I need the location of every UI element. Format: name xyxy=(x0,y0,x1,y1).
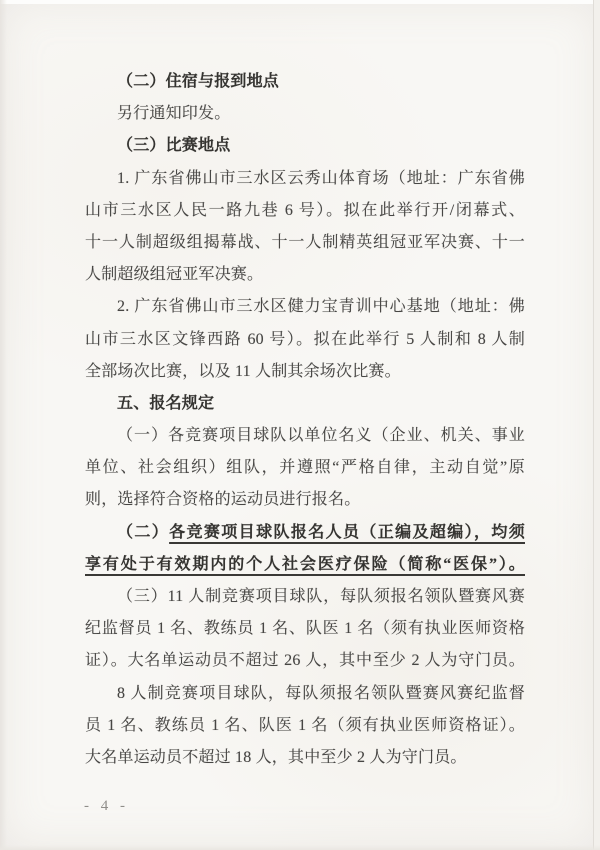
registration-rule-3-line-5: 员 1 名、教练员 1 名、队医 1 名（须有执业医师资格证）。 xyxy=(85,710,525,742)
document-text-block: （二）住宿与报到地点 另行通知印发。 （三）比赛地点 1. 广东省佛山市三水区云… xyxy=(85,66,525,774)
registration-rule-1-line-2: 单位、社会组织）组队，并遵照“严格自律，主动自觉”原 xyxy=(85,452,525,484)
registration-rule-2-line-1: （二）各竞赛项目球队报名人员（正编及超编），均须 xyxy=(85,517,525,549)
page-top-edge xyxy=(0,0,600,4)
rule-2-number: （二） xyxy=(117,524,169,541)
page-number: - 4 - xyxy=(84,794,129,818)
lodging-body-line: 另行通知印发。 xyxy=(85,98,525,130)
registration-rule-3-line-6: 大名单运动员不超过 18 人，其中至少 2 人为守门员。 xyxy=(85,742,525,774)
registration-rule-1-line-3: 则，选择符合资格的运动员进行报名。 xyxy=(85,484,525,516)
venue-1-line-4: 人制超级组冠亚军决赛。 xyxy=(85,259,525,291)
venue-1-line-3: 十一人制超级组揭幕战、十一人制精英组冠亚军决赛、十一 xyxy=(85,227,525,259)
registration-rule-3-line-4: 8 人制竞赛项目球队，每队须报名领队暨赛风赛纪监督 xyxy=(85,678,525,710)
section-heading-venues: （三）比赛地点 xyxy=(85,130,525,162)
venue-1-line-2: 山市三水区人民一路九巷 6 号）。拟在此举行开/闭幕式、 xyxy=(85,195,525,227)
venue-1-line-1: 1. 广东省佛山市三水区云秀山体育场（地址：广东省佛 xyxy=(85,163,525,195)
registration-rule-3-line-2: 纪监督员 1 名、教练员 1 名、队医 1 名（须有执业医师资格 xyxy=(85,613,525,645)
section-heading-lodging: （二）住宿与报到地点 xyxy=(85,66,525,98)
rule-2-underlined-text: 各竞赛项目球队报名人员（正编及超编），均须 xyxy=(169,524,525,541)
registration-rule-1-line-1: （一）各竞赛项目球队以单位名义（企业、机关、事业 xyxy=(85,420,525,452)
page-right-edge-line xyxy=(593,0,594,850)
registration-rule-3-line-1: （三）11 人制竞赛项目球队，每队须报名领队暨赛风赛 xyxy=(85,581,525,613)
page-bottom-edge xyxy=(0,845,600,850)
page-left-edge xyxy=(0,0,7,850)
registration-rule-3-line-3: 证）。大名单运动员不超过 26 人，其中至少 2 人为守门员。 xyxy=(85,645,525,677)
rule-2-underlined-text-2: 享有处于有效期内的个人社会医疗保险（简称“医保”）。 xyxy=(85,556,525,573)
section-heading-registration: 五、报名规定 xyxy=(85,388,525,420)
page-right-edge xyxy=(594,0,600,850)
scanned-document-page: （二）住宿与报到地点 另行通知印发。 （三）比赛地点 1. 广东省佛山市三水区云… xyxy=(0,0,600,850)
venue-2-line-2: 山市三水区文锋西路 60 号）。拟在此举行 5 人制和 8 人制 xyxy=(85,324,525,356)
registration-rule-2-line-2: 享有处于有效期内的个人社会医疗保险（简称“医保”）。 xyxy=(85,549,525,581)
venue-2-line-1: 2. 广东省佛山市三水区健力宝青训中心基地（地址：佛 xyxy=(85,291,525,323)
venue-2-line-3: 全部场次比赛，以及 11 人制其余场次比赛。 xyxy=(85,356,525,388)
